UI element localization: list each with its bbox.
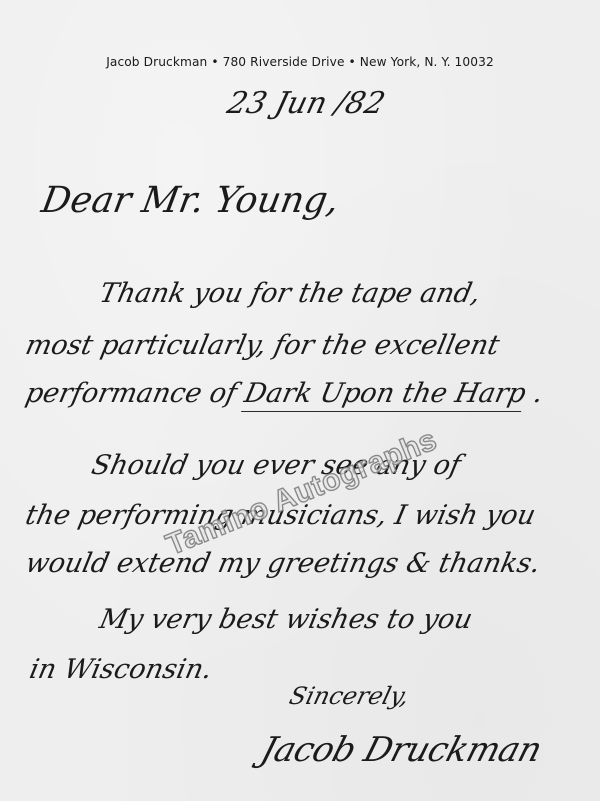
body-line-2: most particularly, for the excellent — [23, 330, 502, 361]
body-line-7: My very best wishes to you — [97, 604, 476, 635]
body-line-6: would extend my greetings & thanks. — [23, 548, 543, 579]
closing: Sincerely, — [287, 682, 413, 710]
body-line-1: Thank you for the tape and, — [97, 278, 484, 309]
body-line-5: the performing musicians, I wish you — [23, 500, 539, 531]
letter-page: Jacob Druckman • 780 Riverside Drive • N… — [0, 0, 600, 801]
body-line-8: in Wisconsin. — [27, 654, 215, 685]
signature: Jacob Druckman — [256, 730, 546, 770]
salutation: Dear Mr. Young, — [38, 180, 342, 221]
body-line-3-text: performance of — [23, 378, 240, 409]
body-line-4: Should you ever see any of — [89, 450, 464, 481]
watermark: Tamino Autographs — [162, 423, 442, 563]
work-title: Dark Upon the Harp — [241, 378, 529, 412]
body-line-3-end: . — [531, 378, 546, 409]
body-line-3: performance of Dark Upon the Harp . — [23, 378, 546, 409]
letterhead: Jacob Druckman • 780 Riverside Drive • N… — [0, 55, 600, 69]
letter-date: 23 Jun /82 — [224, 86, 389, 121]
